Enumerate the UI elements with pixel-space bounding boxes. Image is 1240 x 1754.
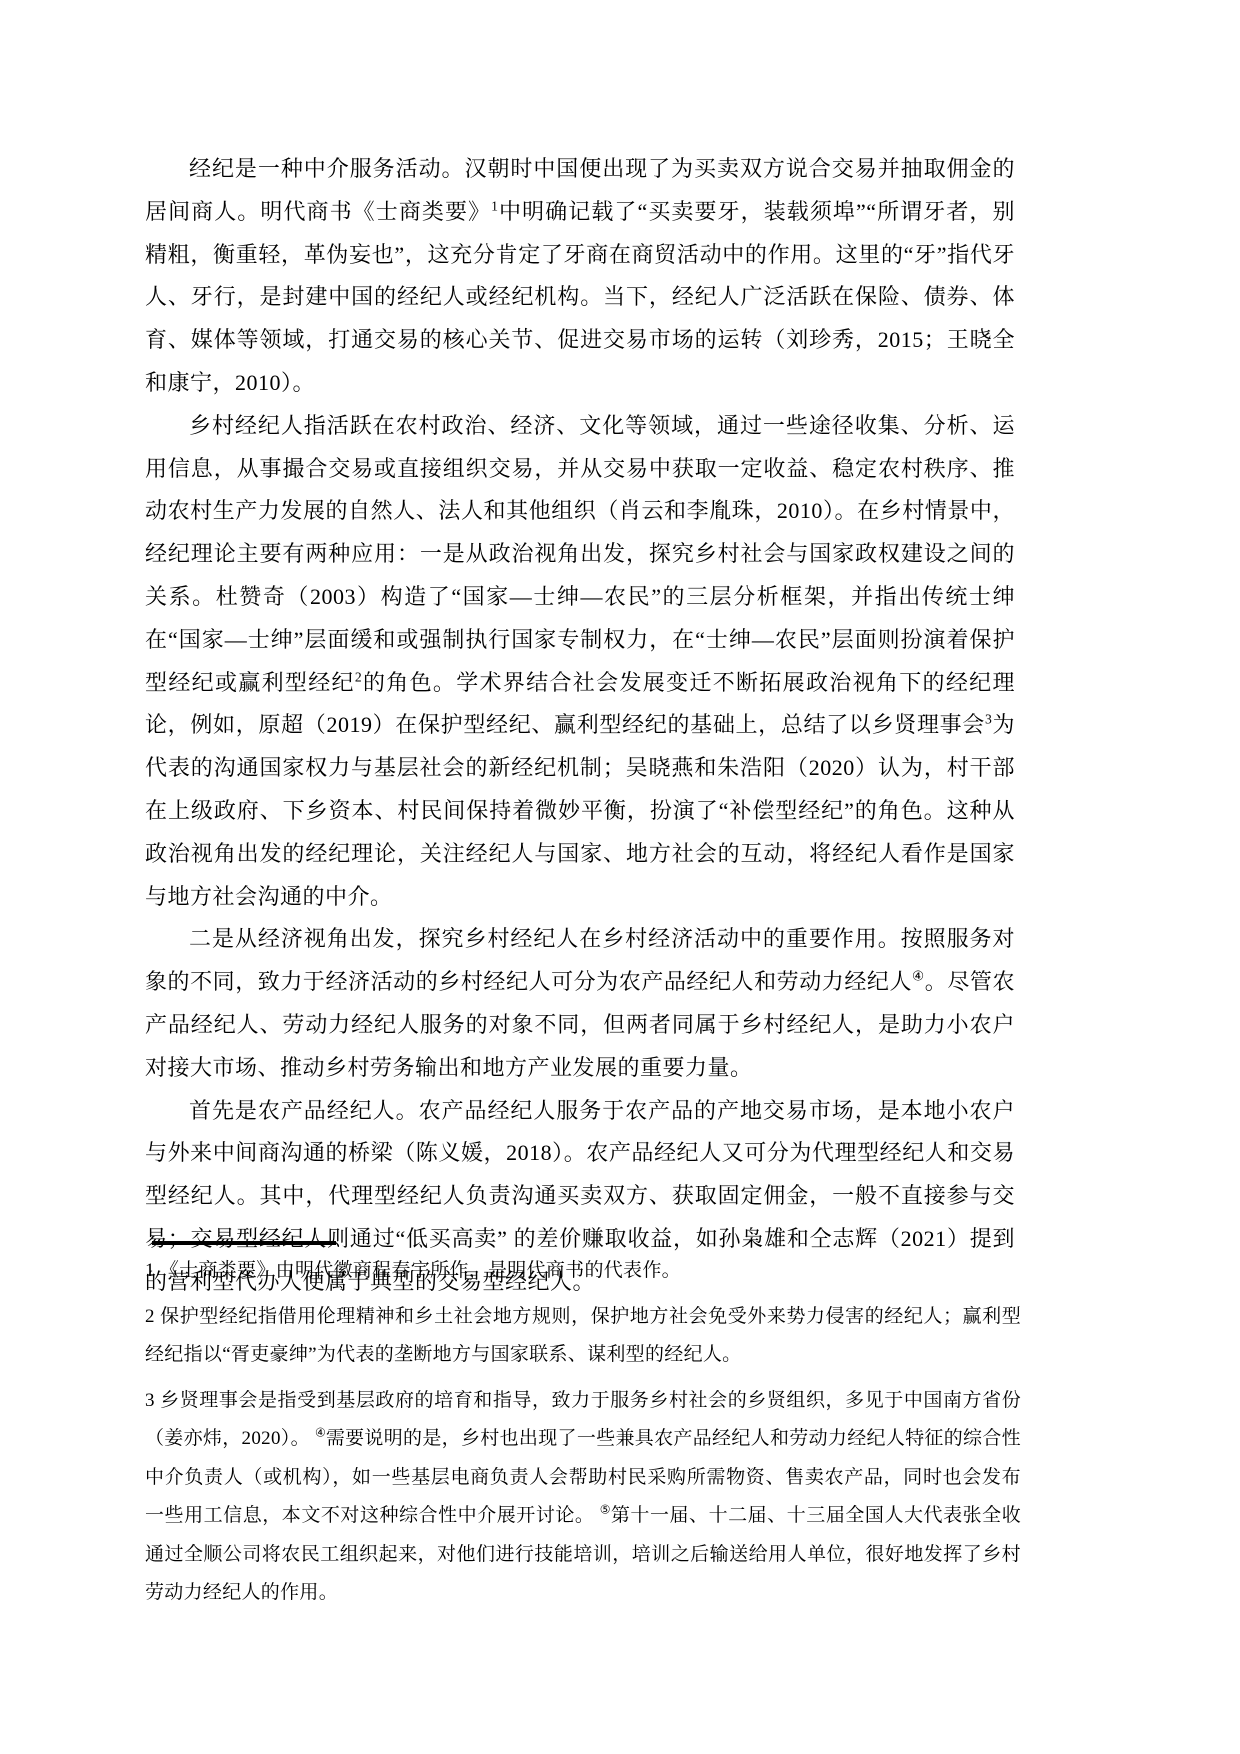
footnote-3: 3 乡贤理事会是指受到基层政府的培育和指导，致力于服务乡村社会的乡贤组织，多见于… (145, 1382, 1021, 1613)
document-page: 经纪是一种中介服务活动。汉朝时中国便出现了为买卖双方说合交易并抽取佣金的居间商人… (0, 0, 1240, 1754)
paragraph-3: 二是从经济视角出发，探究乡村经纪人在乡村经济活动中的重要作用。按照服务对象的不同… (145, 918, 1015, 1089)
body-text: 经纪是一种中介服务活动。汉朝时中国便出现了为买卖双方说合交易并抽取佣金的居间商人… (145, 148, 1015, 1304)
footnote-separator (152, 1241, 336, 1245)
paragraph-2: 乡村经纪人指活跃在农村政治、经济、文化等领域，通过一些途径收集、分析、运用信息，… (145, 405, 1015, 919)
footnote-1: 1 《士商类要》由明代徽商程春宇所作，是明代商书的代表作。 (145, 1252, 1021, 1291)
paragraph-1: 经纪是一种中介服务活动。汉朝时中国便出现了为买卖双方说合交易并抽取佣金的居间商人… (145, 148, 1015, 405)
footnotes-section: 1 《士商类要》由明代徽商程春宇所作，是明代商书的代表作。 2 保护型经纪指借用… (145, 1252, 1021, 1620)
footnote-2: 2 保护型经纪指借用伦理精神和乡土社会地方规则，保护地方社会免受外来势力侵害的经… (145, 1298, 1021, 1375)
